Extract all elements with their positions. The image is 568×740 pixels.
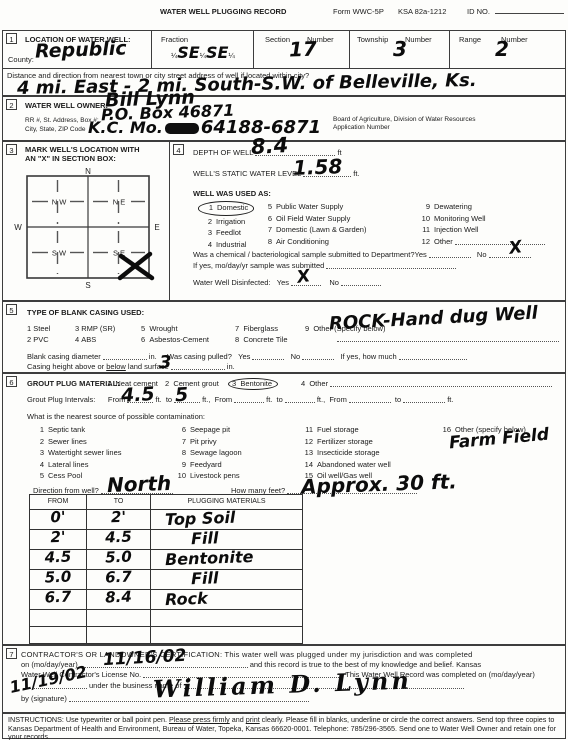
material-value: Bentonite	[151, 547, 302, 567]
diameter-label: Blank casing diameter	[27, 352, 101, 361]
interval-to3-blank	[403, 396, 445, 403]
to-label: to	[395, 395, 401, 404]
contamination-option: 10Livestock pens	[175, 470, 242, 482]
to-value	[87, 609, 150, 611]
option-number: 3	[232, 379, 236, 388]
to-value	[87, 626, 150, 628]
quadrant-sw-label: S W	[52, 249, 67, 258]
from-value: 5.0	[30, 569, 86, 586]
casing-option: 4 ABS	[75, 335, 96, 344]
from-value: 4.5	[30, 549, 86, 566]
section-certification: 7 CONTRACTOR'S OR LANDOWNER'S CERTIFICAT…	[2, 645, 566, 713]
static-level-value: 1.58	[293, 154, 343, 180]
static-level-unit: ft.	[353, 169, 359, 178]
intervals-label: Grout Plug Intervals:	[27, 395, 95, 404]
option-number: 5	[33, 470, 44, 482]
how-much-blank	[399, 353, 467, 360]
column-divider	[151, 31, 152, 68]
township-label: Township	[357, 35, 388, 44]
option-number: 9	[417, 201, 430, 213]
material-value: Fill	[151, 527, 302, 547]
table-row: 5.0 6.7 Fill	[30, 569, 302, 589]
option-label: Septic tank	[48, 425, 85, 434]
option-label: Asbestos-Cement	[149, 335, 209, 344]
to-value: 5.0	[87, 549, 150, 566]
option-number: 8	[261, 236, 272, 248]
sample-yes-label: Yes	[415, 250, 427, 259]
statute-reference: KSA 82a-1212	[398, 7, 446, 16]
option-label: Monitoring Well	[434, 214, 486, 223]
option-number: 10	[417, 213, 430, 225]
section-value: 17	[289, 37, 318, 62]
option-label: Livestock pens	[190, 471, 240, 480]
fraction-hw-1: SE	[177, 43, 199, 62]
column-divider	[449, 31, 450, 68]
township-value: 3	[393, 37, 407, 61]
material-value: Top Soil	[151, 507, 302, 527]
option-label: Domestic (Lawn & Garden)	[276, 225, 366, 234]
option-label: PVC	[33, 335, 48, 344]
certification-line-1: CONTRACTOR'S OR LANDOWNER'S CERTIFICATIO…	[21, 650, 473, 659]
fraction-mark: ¼	[228, 51, 234, 60]
option-number: 9	[175, 459, 186, 471]
owner-title: WATER WELL OWNER:	[25, 101, 108, 110]
option-label: Public Water Supply	[276, 202, 343, 211]
height-label: Casing height above or	[27, 362, 106, 371]
contamination-option: 8Sewage lagoon	[175, 447, 242, 459]
height-unit: in.	[227, 362, 235, 371]
pulled-label: Was casing pulled?	[167, 352, 232, 361]
option-number: 1	[202, 202, 213, 214]
option-label: Lateral lines	[48, 460, 88, 469]
feet-value: Approx. 30 ft.	[301, 469, 458, 498]
contamination-option: 14Abandoned water well	[299, 459, 391, 471]
option-number: 8	[175, 447, 186, 459]
section-divider	[169, 142, 170, 300]
option-number: 4	[75, 335, 79, 344]
table-row-empty	[30, 609, 302, 626]
range-value: 2	[495, 37, 509, 61]
use-option: 11Injection Well	[417, 224, 547, 236]
compass-n-label: N	[85, 167, 91, 176]
uses-column-3: 9Dewatering 10Monitoring Well 11Injectio…	[417, 201, 547, 247]
option-label: Feedyard	[190, 460, 222, 469]
pulled-no-label: No	[291, 352, 301, 361]
contamination-option: 11Fuel storage	[299, 424, 391, 436]
to-value: 6.7	[87, 569, 150, 586]
disinfected-no-blank	[341, 279, 381, 286]
use-option: 9Dewatering	[417, 201, 547, 213]
uses-column-2: 5Public Water Supply 6Oil Field Water Su…	[261, 201, 366, 247]
option-number: 14	[299, 459, 313, 471]
material-value: Rock	[151, 587, 302, 607]
use-option: 6Oil Field Water Supply	[261, 213, 366, 225]
section-number-badge: 5	[6, 304, 17, 315]
from-value: 2'	[30, 529, 86, 546]
mark-title-1: MARK WELL'S LOCATION WITH	[25, 145, 140, 154]
option-label: Sewer lines	[48, 437, 87, 446]
from-label: From	[329, 395, 347, 404]
use-option: 7Domestic (Lawn & Garden)	[261, 224, 366, 236]
sample-question-label: Was a chemical / bacteriological sample …	[193, 250, 415, 259]
signature-label: by (signature)	[21, 694, 67, 703]
option-number: 2	[165, 379, 169, 388]
option-label: Injection Well	[434, 225, 478, 234]
option-label: Pit privy	[190, 437, 217, 446]
material-value: Fill	[151, 567, 302, 587]
pulled-yes-label: Yes	[238, 352, 250, 361]
option-number: 1	[107, 379, 111, 388]
option-label: Seepage pit	[190, 425, 230, 434]
section-col-label: Section	[265, 35, 290, 44]
casing-option: 1 Steel	[27, 324, 50, 333]
option-label: Abandoned water well	[317, 460, 391, 469]
agency-note-2: Application Number	[333, 124, 390, 132]
interval-from3-blank	[349, 396, 391, 403]
address-city-value: K.C. Mo.	[88, 118, 163, 137]
agency-note-1: Board of Agriculture, Division of Water …	[333, 116, 475, 124]
option-number: 12	[417, 236, 430, 248]
to-value: 8.4	[87, 589, 150, 606]
depth-value: 8.4	[250, 133, 288, 159]
table-row: 4.5 5.0 Bentonite	[30, 549, 302, 569]
option-label: RMP (SR)	[81, 324, 115, 333]
section-number-badge: 4	[173, 144, 184, 155]
option-number: 7	[261, 224, 272, 236]
disinfected-no-label: No	[329, 278, 339, 287]
section-location: 1 LOCATION OF WATER WELL: County: Republ…	[2, 30, 566, 96]
option-number: 6	[175, 424, 186, 436]
column-header-from: FROM	[30, 495, 87, 509]
use-option: 10Monitoring Well	[417, 213, 547, 225]
table-row-empty	[30, 626, 302, 643]
casing-option: 3 RMP (SR)	[75, 324, 115, 333]
option-label: Industrial	[216, 240, 246, 249]
contamination-option: 3Watertight sewer lines	[33, 447, 122, 459]
option-number: 10	[175, 470, 186, 482]
mark-title-2: AN "X" IN SECTION BOX:	[25, 154, 116, 163]
option-label: Wrought	[149, 324, 177, 333]
disinfected-yes-mark: X	[296, 266, 312, 288]
from-value	[30, 626, 86, 628]
grout-other-blank	[330, 380, 552, 387]
pulled-no-blank	[302, 353, 334, 360]
interval-to2-blank	[285, 396, 315, 403]
use-option: 12Other	[417, 236, 547, 248]
contamination-option: 1Septic tank	[33, 424, 122, 436]
from-value: 0'	[30, 509, 86, 526]
plugging-materials-table: FROM TO PLUGGING MATERIALS 0' 2' Top Soi…	[29, 494, 303, 644]
option-label: Bentonite	[240, 379, 272, 388]
option-number: 9	[305, 324, 309, 333]
option-label: Watertight sewer lines	[48, 448, 122, 457]
option-number: 6	[141, 335, 145, 344]
table-row: 6.7 8.4 Rock	[30, 589, 302, 609]
form-title: WATER WELL PLUGGING RECORD	[160, 7, 286, 16]
option-label: Steel	[33, 324, 50, 333]
casing-option: 6 Asbestos-Cement	[141, 335, 209, 344]
sample-yes-blank	[429, 251, 471, 258]
option-label: Oil Field Water Supply	[276, 214, 350, 223]
use-option: 5Public Water Supply	[261, 201, 366, 213]
casing-option: 5 Wrought	[141, 324, 178, 333]
option-number: 7	[235, 324, 239, 333]
contamination-option: 4Lateral lines	[33, 459, 122, 471]
option-label: Domestic	[217, 203, 248, 212]
option-number: 1	[27, 324, 31, 333]
section-number-badge: 2	[6, 99, 17, 110]
table-row: 0' 2' Top Soil	[30, 509, 302, 529]
column-divider	[253, 31, 254, 68]
contamination-option: 12Fertilizer storage	[299, 436, 391, 448]
fraction-hw-2: SE	[206, 43, 228, 62]
option-number: 12	[299, 436, 313, 448]
option-number: 4	[301, 379, 305, 388]
option-label: Fuel storage	[317, 425, 359, 434]
county-label: County:	[8, 55, 34, 64]
height-value: 3	[159, 352, 172, 373]
section-location-mark-and-well-data: 3 MARK WELL'S LOCATION WITH AN "X" IN SE…	[2, 141, 566, 301]
option-number: 11	[417, 224, 430, 236]
section-number-badge: 1	[6, 33, 17, 44]
to-value: 4.5	[87, 529, 150, 546]
option-label: Insecticide storage	[317, 448, 380, 457]
option-number: 4	[201, 239, 212, 251]
section-box-grid: N S W E N W N E S W S E	[9, 166, 165, 298]
option-number: 3	[33, 447, 44, 459]
id-number-blank	[495, 7, 564, 14]
from-label: From	[215, 395, 233, 404]
option-label: Cess Pool	[48, 471, 82, 480]
contamination-option: 7Pit privy	[175, 436, 242, 448]
to-value: 2'	[87, 509, 150, 526]
section-number-badge: 7	[6, 648, 17, 659]
interval-to-value: 5	[174, 384, 188, 407]
grout-option-bentonite: 3 Bentonite	[231, 378, 278, 390]
water-well-plugging-record-form: WATER WELL PLUGGING RECORD Form WWC-5P K…	[0, 0, 568, 740]
other-use-blank	[455, 238, 545, 245]
section-grout-plug: 6 GROUT PLUG MATERIAL: 1 Neat cement 2 C…	[2, 373, 566, 645]
compass-w-label: W	[14, 223, 22, 232]
instructions-block: INSTRUCTIONS: Use typewriter or ball poi…	[2, 713, 566, 739]
contamination-option: 9Feedyard	[175, 459, 242, 471]
id-number-label: ID NO.	[467, 7, 490, 16]
height-blank	[171, 363, 225, 370]
diameter-blank	[103, 353, 147, 360]
grout-title: GROUT PLUG MATERIAL:	[27, 379, 120, 388]
address-label-2: City, State, ZIP Code	[25, 126, 85, 134]
option-number: 7	[175, 436, 186, 448]
contamination-option: 13Insecticide storage	[299, 447, 391, 459]
pulled-yes-blank	[252, 353, 284, 360]
grout-option: 2 Cement grout	[165, 379, 219, 388]
to-label: to	[277, 395, 283, 404]
to-label: to	[166, 395, 172, 404]
used-as-label: WELL WAS USED AS:	[193, 189, 271, 198]
option-number: 13	[299, 447, 313, 459]
disinfected-yes-label: Yes	[277, 278, 289, 287]
contamination-label: What is the nearest source of possible c…	[27, 412, 205, 421]
township-number-label: Number	[405, 35, 432, 44]
option-label: Air Conditioning	[276, 237, 329, 246]
option-label: Other	[434, 237, 453, 246]
option-number: 2	[201, 216, 212, 228]
casing-other-value: ROCK-Hand dug Well	[329, 303, 539, 335]
option-label: Dewatering	[434, 202, 472, 211]
from-value	[30, 609, 86, 611]
option-number: 3	[201, 227, 212, 239]
casing-other-blank	[337, 335, 559, 342]
redaction-mark	[165, 123, 199, 134]
use-option: 8Air Conditioning	[261, 236, 366, 248]
sample-date-blank	[326, 262, 456, 269]
compass-e-label: E	[154, 223, 159, 232]
section-number-badge: 3	[6, 144, 17, 155]
ft-comma-label: ft.,	[317, 395, 325, 404]
option-number: 4	[33, 459, 44, 471]
range-label: Range	[459, 35, 481, 44]
use-option: 4Industrial	[201, 239, 254, 251]
diameter-unit: in.	[149, 352, 157, 361]
option-label: Irrigation	[216, 217, 245, 226]
quadrant-nw-label: N W	[52, 198, 68, 207]
ft-label: ft.	[155, 395, 161, 404]
option-label: Fertilizer storage	[317, 437, 373, 446]
disinfected-label: Water Well Disinfected:	[193, 278, 271, 287]
option-label: ABS	[81, 335, 96, 344]
sample-no-mark: X	[508, 237, 524, 259]
casing-title: TYPE OF BLANK CASING USED:	[27, 308, 144, 317]
use-option-domestic: 1Domestic	[201, 201, 254, 216]
height-below-label: below	[106, 362, 126, 371]
option-label: Feedlot	[216, 228, 241, 237]
option-number: 2	[27, 335, 31, 344]
compass-s-label: S	[85, 281, 90, 290]
option-number: 8	[235, 335, 239, 344]
table-row: 2' 4.5 Fill	[30, 529, 302, 549]
how-much-label: If yes, how much	[340, 352, 396, 361]
casing-option: 2 PVC	[27, 335, 49, 344]
ft-comma-label: ft.,	[202, 395, 210, 404]
fraction-value: ¼SE¼SE¼	[171, 43, 235, 63]
option-label: Other	[309, 379, 328, 388]
contamination-option: 2Sewer lines	[33, 436, 122, 448]
use-option: 3Feedlot	[201, 227, 254, 239]
interval-from2-blank	[234, 396, 264, 403]
ft-label: ft.	[447, 395, 453, 404]
option-label: Sewage lagoon	[190, 448, 242, 457]
option-label: Concrete Tile	[243, 335, 287, 344]
form-number: Form WWC-5P	[333, 7, 384, 16]
static-level-label: WELL'S STATIC WATER LEVEL	[193, 169, 301, 178]
uses-column-1: 1Domestic 2Irrigation 3Feedlot 4Industri…	[201, 201, 254, 250]
section-number-badge: 6	[6, 376, 17, 387]
option-number: 5	[261, 201, 272, 213]
column-divider	[349, 31, 350, 68]
contamination-option: 6Seepage pit	[175, 424, 242, 436]
option-label: Fiberglass	[243, 324, 278, 333]
use-option: 2Irrigation	[201, 216, 254, 228]
column-header-materials: PLUGGING MATERIALS	[151, 495, 302, 509]
option-number: 6	[261, 213, 272, 225]
option-number: 2	[33, 436, 44, 448]
option-number: 1	[33, 424, 44, 436]
depth-label: DEPTH OF WELL	[193, 148, 253, 157]
contamination-column-2: 6Seepage pit 7Pit privy 8Sewage lagoon 9…	[175, 424, 242, 482]
interval-from-value: 4.5	[120, 383, 155, 407]
option-number: 11	[299, 424, 313, 436]
ft-label: ft.	[266, 395, 272, 404]
quadrant-ne-label: N E	[113, 198, 126, 207]
casing-option: 7 Fiberglass	[235, 324, 278, 333]
casing-option: 8 Concrete Tile	[235, 335, 288, 344]
county-value: Republic	[35, 37, 127, 62]
option-number: 3	[75, 324, 79, 333]
grout-option-other: 4 Other	[301, 379, 554, 388]
section-casing: 5 TYPE OF BLANK CASING USED: 1 Steel 3 R…	[2, 301, 566, 373]
sample-no-label: No	[477, 250, 487, 259]
from-value: 6.7	[30, 589, 86, 606]
table-header-row: FROM TO PLUGGING MATERIALS	[30, 495, 302, 509]
column-header-to: TO	[87, 495, 151, 509]
option-number: 5	[141, 324, 145, 333]
distance-row: Distance and direction from nearest town…	[3, 68, 565, 96]
